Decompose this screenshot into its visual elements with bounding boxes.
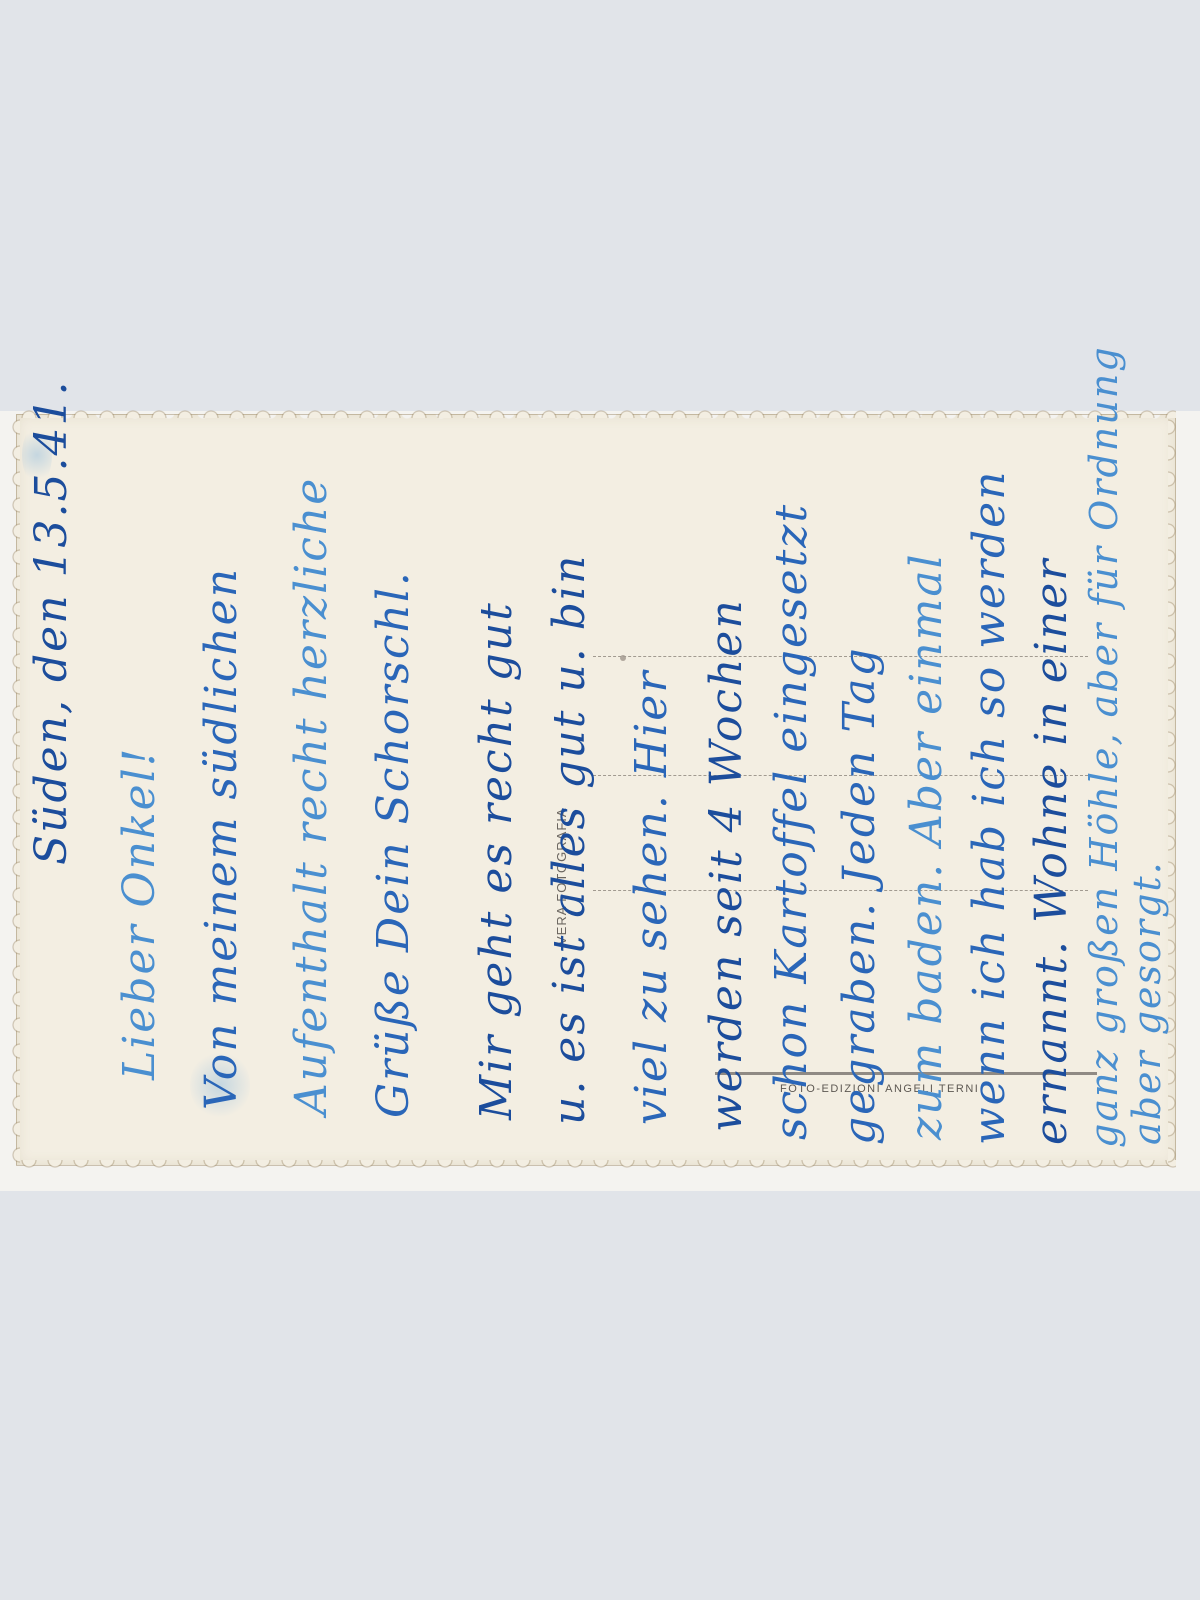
handwritten-line: werden seit 4 Wochen [705, 598, 749, 1132]
deckled-edge-left [10, 414, 20, 1166]
handwritten-line: wenn ich hab ich so werden [968, 470, 1012, 1146]
handwritten-line: Grüße Dein Schorschl. [372, 570, 416, 1118]
deckled-edge-bottom [16, 1160, 1176, 1170]
deckled-edge-top [16, 408, 1176, 418]
deckled-edge-right [1168, 414, 1178, 1166]
handwritten-line: u. es ist alles gut u. bin [548, 554, 592, 1125]
handwritten-line: schon Kartoffel eingesetzt [770, 503, 814, 1140]
handwritten-line: zum baden. Aber einmal [905, 552, 949, 1140]
handwritten-line: ganz großen Höhle, aber für Ordnung [1085, 345, 1123, 1148]
handwritten-line: ernannt. Wohne in einer [1030, 558, 1074, 1145]
handwritten-line: Von meinem südlichen [200, 567, 244, 1110]
handwritten-line: viel zu sehen. Hier [630, 670, 674, 1125]
handwritten-salutation: Lieber Onkel! [118, 747, 162, 1080]
handwritten-line: Mir geht es recht gut [475, 601, 519, 1120]
handwritten-date-line: Süden, den 13.5.41. [30, 380, 74, 865]
handwritten-line: gegraben. Jeden Tag [838, 646, 882, 1145]
handwritten-line: Aufenthalt recht herzliche [290, 477, 334, 1115]
handwritten-line: aber gesorgt. [1128, 860, 1166, 1145]
